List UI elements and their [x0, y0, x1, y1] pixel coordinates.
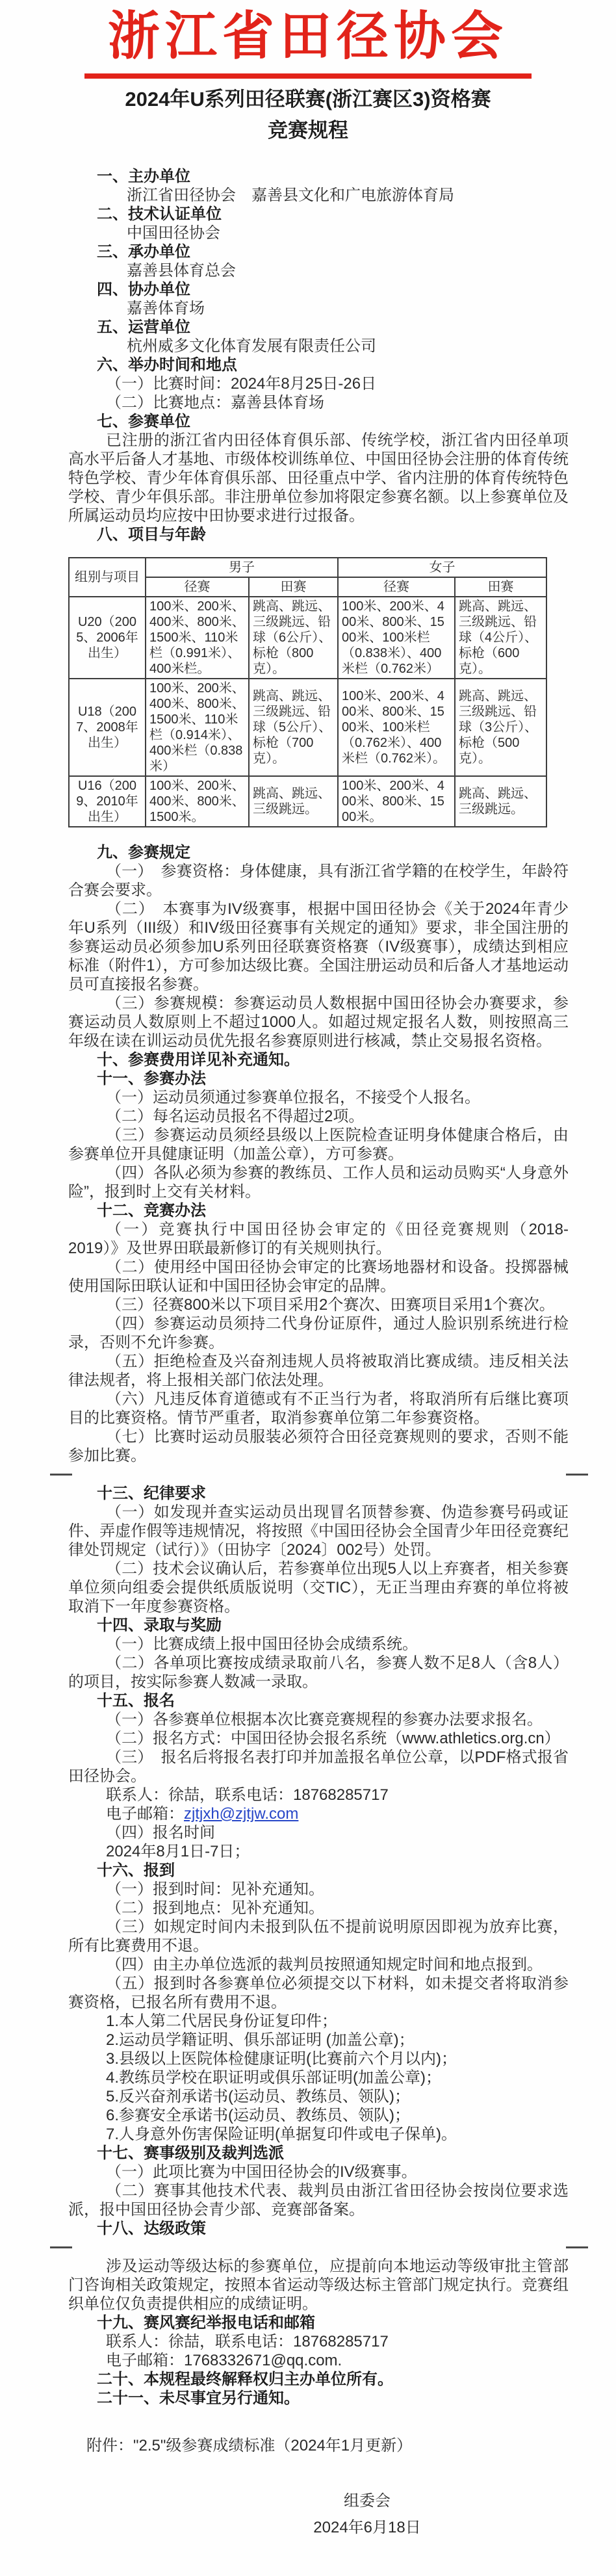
text-line: 1.本人第二代居民身份证复印件；	[106, 2012, 569, 2031]
paragraph: （一）运动员须通过参赛单位报名，不接受个人报名。	[68, 1088, 569, 1107]
events-cell: 跳高、跳远、三级跳远。	[249, 776, 338, 827]
age-group-cell: U18（2007、2008年出生）	[69, 679, 146, 776]
paragraph: （二）赛事其他技术代表、裁判员由浙江省田径协会按岗位要求选派，报中国田径协会青少…	[68, 2181, 569, 2219]
paragraph: （二）报到地点：见补充通知。	[68, 1899, 569, 1918]
section-heading: 七、参赛单位	[97, 412, 569, 431]
unit-line: 嘉善县体育总会	[127, 261, 569, 280]
paragraph: （一）如发现并查实运动员出现冒名顶替参赛、伪造参赛号码或证件、弄虚作假等违规情况…	[68, 1503, 569, 1559]
section-heading: 六、举办时间和地点	[97, 356, 569, 374]
section-heading: 八、项目与年龄	[97, 525, 569, 544]
age-group-cell: U16（2009、2010年出生）	[69, 776, 146, 827]
document-page: 浙江省田径协会 2024年U系列田径联赛(浙江赛区3)资格赛 竞赛规程 一、主办…	[0, 0, 616, 2576]
page-break-marker	[68, 2238, 569, 2257]
paragraph: （二）报名方式：中国田径协会报名系统（www.athletics.org.cn）	[68, 1729, 569, 1748]
section-heading: 四、协办单位	[97, 280, 569, 299]
paragraph: （二）比赛地点：嘉善县体育场	[68, 393, 569, 412]
page-break-marker	[68, 1465, 569, 1484]
section-heading: 五、运营单位	[97, 318, 569, 337]
section-heading: 二十、本规程最终解释权归主办单位所有。	[97, 2370, 569, 2389]
org-title: 浙江省田径协会	[0, 0, 616, 67]
paragraph: （三）如规定时间内未报到队伍不提前说明原因即视为放弃比赛，所有比赛费用不退。	[68, 1918, 569, 1955]
table-corner-header: 组别与项目	[69, 558, 146, 597]
unit-line: 嘉善体育场	[127, 299, 569, 318]
paragraph: （四）各队必须为参赛的教练员、工作人员和运动员购买“人身意外险”，报到时上交有关…	[68, 1164, 569, 1201]
section-heading: 十三、纪律要求	[97, 1484, 569, 1503]
unit-line: 中国田径协会	[127, 224, 569, 242]
body-part-1: 一、主办单位浙江省田径协会 嘉善县文化和广电旅游体育局二、技术认证单位中国田径协…	[68, 167, 569, 544]
events-cell: 100米、200米、400米、800米、1500米、110米栏（0.991米）、…	[146, 597, 249, 679]
text-line: 联系人：徐喆，联系电话：18768285717	[106, 2332, 569, 2351]
table-subheader-track-women: 径赛	[338, 577, 455, 597]
table-row: U18（2007、2008年出生）100米、200米、400米、800米、150…	[69, 679, 546, 776]
page-break-dash-right	[566, 1474, 588, 1476]
section-heading: 十一、参赛办法	[97, 1069, 569, 1088]
paragraph: （二）使用经中国田径协会审定的比赛场地器材和设备。投掷器械使用国际田联认证和中国…	[68, 1258, 569, 1295]
email-link[interactable]: zjtjxh@zjtjw.com	[184, 1805, 298, 1823]
paragraph: 已注册的浙江省内田径体育俱乐部、传统学校，浙江省内田径单项高水平后备人才基地、市…	[68, 431, 569, 525]
document-footer: 附件："2.5"级参赛成绩标准（2024年1月更新） 组委会 2024年6月18…	[0, 2436, 616, 2576]
table-subheader-track-men: 径赛	[146, 577, 249, 597]
paragraph: （四）报名时间	[68, 1823, 569, 1842]
paragraph: （二） 本赛事为IV级赛事，根据中国田径协会《关于2024年青少年U系列（III…	[68, 900, 569, 994]
paragraph: （一） 参赛资格：身体健康，具有浙江省学籍的在校学生，年龄符合赛会要求。	[68, 862, 569, 900]
section-heading: 二、技术认证单位	[97, 205, 569, 224]
red-divider	[84, 73, 532, 79]
text-line: 电子邮箱：1768332671@qq.com.	[106, 2351, 569, 2370]
age-group-cell: U20（2005、2006年出生）	[69, 597, 146, 679]
events-cell: 100米、200米、400米、800米、1500米。	[338, 776, 455, 827]
paragraph: （一）此项比赛为中国田径协会的IV级赛事。	[68, 2163, 569, 2181]
section-heading: 二十一、未尽事宜另行通知。	[97, 2389, 569, 2408]
table-header-women: 女子	[338, 558, 546, 577]
events-cell: 100米、200米、400米、800米、1500米。	[146, 776, 249, 827]
events-cell: 跳高、跳远、三级跳远、铅球（3公斤）、标枪（500克）。	[455, 679, 546, 776]
section-heading: 一、主办单位	[97, 167, 569, 186]
attachment-note: 附件："2.5"级参赛成绩标准（2024年1月更新）	[86, 2436, 569, 2455]
paragraph: （一）竞赛执行中国田径协会审定的《田径竞赛规则（2018-2019）》及世界田联…	[68, 1220, 569, 1258]
paragraph: （一）各参赛单位根据本次比赛竞赛规程的参赛办法要求报名。	[68, 1710, 569, 1729]
table-row: U16（2009、2010年出生）100米、200米、400米、800米、150…	[69, 776, 546, 827]
page-break-dash-right	[566, 2246, 588, 2248]
events-cell: 跳高、跳远、三级跳远、铅球（5公斤）、标枪（700克）。	[249, 679, 338, 776]
page-break-dash-left	[50, 1474, 72, 1476]
paragraph: （一）比赛成绩上报中国田径协会成绩系统。	[68, 1635, 569, 1654]
signature-date: 2024年6月18日	[283, 2518, 452, 2576]
text-line: 联系人：徐喆，联系电话：18768285717	[106, 1786, 569, 1804]
committee-signature: 组委会	[283, 2491, 452, 2510]
section-heading: 十九、赛风赛纪举报电话和邮箱	[97, 2313, 569, 2332]
page-break-dash-left	[50, 2246, 72, 2248]
section-heading: 十二、竞赛办法	[97, 1201, 569, 1220]
paragraph: （二）各单项比赛按成绩录取前八名，参赛人数不足8人（含8人）的项目，按实际参赛人…	[68, 1654, 569, 1691]
text-line: 2.运动员学籍证明、俱乐部证明 (加盖公章)；	[106, 2031, 569, 2049]
table-header-men: 男子	[146, 558, 338, 577]
paragraph: （三）径赛800米以下项目采用2个赛次、田赛项目采用1个赛次。	[68, 1295, 569, 1314]
email-label: 电子邮箱：	[106, 1805, 184, 1823]
events-cell: 100米、200米、400米、800米、1500米、110米栏（0.914米）、…	[146, 679, 249, 776]
paragraph: （一）报到时间：见补充通知。	[68, 1880, 569, 1899]
document-body: 一、主办单位浙江省田径协会 嘉善县文化和广电旅游体育局二、技术认证单位中国田径协…	[0, 142, 616, 2408]
paragraph: （三）参赛运动员须经县级以上医院检查证明身体健康合格后，由参赛单位开具健康证明（…	[68, 1126, 569, 1164]
paragraph: （七）比赛时运动员服装必须符合田径竞赛规则的要求，否则不能参加比赛。	[68, 1427, 569, 1465]
paragraph: （五）拒绝检查及兴奋剂违规人员将被取消比赛成绩。违反相关法律法规者，将上报相关部…	[68, 1352, 569, 1390]
events-cell: 100米、200米、400米、800米、1500米、100米栏（0.838米）、…	[338, 597, 455, 679]
paragraph: （一）比赛时间：2024年8月25日-26日	[68, 374, 569, 393]
section-heading: 九、参赛规定	[97, 843, 569, 862]
doc-title: 2024年U系列田径联赛(浙江赛区3)资格赛	[0, 88, 616, 111]
paragraph: （四）参赛运动员须持二代身份证原件，通过人脸识别系统进行检录，否则不允许参赛。	[68, 1314, 569, 1352]
section-heading: 三、承办单位	[97, 242, 569, 261]
paragraph: （二）每名运动员报名不得超过2项。	[68, 1107, 569, 1126]
doc-subtitle: 竞赛规程	[0, 119, 616, 142]
body-part-2: 九、参赛规定（一） 参赛资格：身体健康，具有浙江省学籍的在校学生，年龄符合赛会要…	[68, 843, 569, 2408]
table-subheader-field-men: 田赛	[249, 577, 338, 597]
section-heading: 十八、达级政策	[97, 2219, 569, 2238]
paragraph: （四）由主办单位选派的裁判员按照通知规定时间和地点报到。	[68, 1955, 569, 1974]
paragraph: （五）报到时各参赛单位必须提交以下材料，如未提交者将取消参赛资格，已报名所有费用…	[68, 1974, 569, 2012]
events-cell: 跳高、跳远、三级跳远。	[455, 776, 546, 827]
events-age-table: 组别与项目 男子 女子 径赛 田赛 径赛 田赛 U20（2005、2006年出生…	[68, 557, 547, 827]
text-line: 2024年8月1日-7日；	[106, 1842, 569, 1861]
events-cell: 跳高、跳远、三级跳远、铅球（4公斤）、标枪（600克）。	[455, 597, 546, 679]
paragraph: （六）凡违反体育道德或有不正当行为者，将取消所有后继比赛项目的比赛资格。情节严重…	[68, 1390, 569, 1427]
text-line: 6.参赛安全承诺书(运动员、教练员、领队)；	[106, 2106, 569, 2125]
events-cell: 100米、200米、400米、800米、1500米、100米栏（0.762米）、…	[338, 679, 455, 776]
email-line: 电子邮箱：zjtjxh@zjtjw.com	[106, 1804, 569, 1823]
section-heading: 十五、报名	[97, 1691, 569, 1710]
paragraph: （三） 报名后将报名表打印并加盖报名单位公章，以PDF格式报省田径协会。	[68, 1748, 569, 1786]
unit-line: 杭州威多文化体育发展有限责任公司	[127, 337, 569, 356]
text-line: 3.县级以上医院体检健康证明(比赛前六个月以内)；	[106, 2049, 569, 2068]
paragraph: （二）技术会议确认后，若参赛单位出现5人以上弃赛者，相关参赛单位须向组委会提供纸…	[68, 1559, 569, 1616]
text-line: 4.教练员学校在职证明或俱乐部证明(加盖公章)；	[106, 2068, 569, 2087]
text-line: 7.人身意外伤害保险证明(单据复印件或电子保单)。	[106, 2125, 569, 2144]
paragraph: 涉及运动等级达标的参赛单位，应提前向本地运动等级审批主管部门咨询相关政策规定，按…	[68, 2257, 569, 2313]
section-heading: 十四、录取与奖励	[97, 1616, 569, 1635]
table-subheader-field-women: 田赛	[455, 577, 546, 597]
section-heading: 十六、报到	[97, 1861, 569, 1880]
table-row: U20（2005、2006年出生）100米、200米、400米、800米、150…	[69, 597, 546, 679]
paragraph: （三）参赛规模：参赛运动员人数根据中国田径协会办赛要求，参赛运动员人数原则上不超…	[68, 994, 569, 1050]
signature-block: 组委会 2024年6月18日	[283, 2491, 452, 2576]
text-line: 5.反兴奋剂承诺书(运动员、教练员、领队)；	[106, 2087, 569, 2106]
section-heading: 十七、赛事级别及裁判选派	[97, 2144, 569, 2163]
unit-line: 浙江省田径协会 嘉善县文化和广电旅游体育局	[127, 186, 569, 205]
events-cell: 跳高、跳远、三级跳远、铅球（6公斤）、标枪（800克）。	[249, 597, 338, 679]
section-heading: 十、参赛费用详见补充通知。	[97, 1050, 569, 1069]
